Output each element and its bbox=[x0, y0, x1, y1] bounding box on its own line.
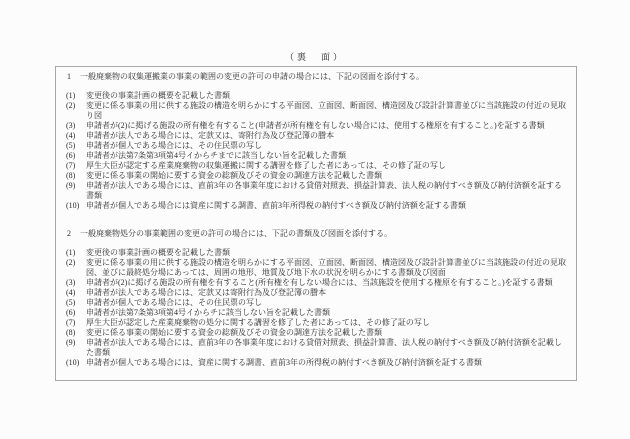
item-number: (1) bbox=[66, 248, 75, 258]
section-number: 1 bbox=[67, 72, 71, 81]
item-text: 変更後の事業計画の概要を記載した書類 bbox=[86, 91, 230, 100]
list-item: (4)申請者が法人である場合には、定款又は、寄附行為及び登記簿の謄本 bbox=[62, 131, 568, 141]
list-item: (3)申請者が(2)に掲げる施設の所有権を有すること(申請者が所有権を有しない場… bbox=[62, 121, 568, 131]
item-number: (3) bbox=[66, 278, 75, 288]
item-text: 申請者が個人である場合には資産に関する調書、直前3年所得税の納付すべき額及び納付… bbox=[86, 201, 466, 210]
item-number: (3) bbox=[66, 121, 75, 131]
item-text: 厚生大臣が認定する産業廃棄物の収集運搬に関する講習を修了した者にあっては、その修… bbox=[86, 161, 446, 170]
list-item: (6)申請者が法第7条第3項第4号イからチに該当しない旨を記載した書類 bbox=[62, 308, 568, 318]
item-number: (8) bbox=[66, 328, 75, 338]
item-text: 申請者が法第7条第3項第4号イからチまでに該当しない旨を記載した書類 bbox=[86, 151, 346, 160]
item-text: 変更に係る事業の開始に要する資金の総額及びその資金の調達方法を記載した書類 bbox=[86, 171, 382, 180]
item-text: 申請者が個人である場合には、その住民票の写し bbox=[86, 141, 262, 150]
list-item: (5)申請者が個人である場合には、その住民票の写し bbox=[62, 141, 568, 151]
section: 1一般廃棄物の収集運搬業の事業の範囲の変更の許可の申請の場合には、下記の図面を添… bbox=[62, 72, 568, 211]
item-number: (2) bbox=[66, 101, 75, 111]
item-text: 申請者が法第7条第3項第4号イからチに該当しない旨を記載した書類 bbox=[86, 308, 330, 317]
item-text: 申請者が個人である場合には、その住民票の写し bbox=[86, 298, 262, 307]
section-heading: 1一般廃棄物の収集運搬業の事業の範囲の変更の許可の申請の場合には、下記の図面を添… bbox=[62, 72, 568, 82]
item-number: (7) bbox=[66, 161, 75, 171]
item-text: 申請者が法人である場合には、直前3年の各事業年度における貸借対照表、損益計算表、… bbox=[86, 181, 562, 200]
section-heading-text: 一般廃棄物処分の事業範囲の変更の許可の場合には、下記の書類及び図面を添付する。 bbox=[80, 229, 392, 238]
list-item: (8)変更に係る事業の開始に要する資金の総額及びその資金の調達方法を記載した書類 bbox=[62, 328, 568, 338]
item-number: (6) bbox=[66, 151, 75, 161]
page-side-label: （裏 面） bbox=[0, 50, 630, 63]
list-item: (5)申請者が個人である場合には、その住民票の写し bbox=[62, 298, 568, 308]
item-number: (9) bbox=[66, 338, 75, 348]
section-items: (1)変更後の事業計画の概要を記載した書類 (2)変更に係る事業の用に供する施設… bbox=[62, 248, 568, 368]
item-number: (8) bbox=[66, 171, 75, 181]
list-item: (10)申請者が個人である場合には、資産に関する調書、直前3年の所得税の納付すべ… bbox=[62, 358, 568, 368]
item-text: 変更に係る事業の開始に要する資金の総額及びその資金の調達方法を記載した書類 bbox=[86, 328, 382, 337]
item-number: (4) bbox=[66, 131, 75, 141]
list-item: (9)申請者が法人である場合には、直前3年の各事業年度における貸借対照表、損益計… bbox=[62, 338, 568, 358]
list-item: (8)変更に係る事業の開始に要する資金の総額及びその資金の調達方法を記載した書類 bbox=[62, 171, 568, 181]
item-text: 申請者が個人である場合には、資産に関する調書、直前3年の所得税の納付すべき額及び… bbox=[86, 358, 482, 367]
item-text: 厚生大臣が認定した産業廃棄物の処分に関する講習を修了した者にあっては、その修了証… bbox=[86, 318, 430, 327]
item-number: (4) bbox=[66, 288, 75, 298]
section-heading-text: 一般廃棄物の収集運搬業の事業の範囲の変更の許可の申請の場合には、下記の図面を添付… bbox=[80, 72, 424, 81]
item-number: (5) bbox=[66, 298, 75, 308]
list-item: (1)変更後の事業計画の概要を記載した書類 bbox=[62, 248, 568, 258]
list-item: (7)厚生大臣が認定した産業廃棄物の処分に関する講習を修了した者にあっては、その… bbox=[62, 318, 568, 328]
item-number: (6) bbox=[66, 308, 75, 318]
item-text: 申請者が法人である場合には、直前3年の各事業年度における貸借対照表、損益計算書、… bbox=[86, 338, 562, 357]
item-number: (7) bbox=[66, 318, 75, 328]
list-item: (10)申請者が個人である場合には資産に関する調書、直前3年所得税の納付すべき額… bbox=[62, 201, 568, 211]
document-page: （裏 面） 1一般廃棄物の収集運搬業の事業の範囲の変更の許可の申請の場合には、下… bbox=[0, 0, 630, 439]
item-number: (10) bbox=[66, 201, 79, 211]
item-text: 変更後の事業計画の概要を記載した書類 bbox=[86, 248, 230, 257]
item-number: (10) bbox=[66, 358, 79, 368]
item-text: 変更に係る事業の用に供する施設の構造を明らかにする平面図、立面図、断面図、構造図… bbox=[86, 101, 566, 120]
item-text: 申請者が法人である場合には、定款又は、寄附行為及び登記簿の謄本 bbox=[86, 131, 334, 140]
item-text: 申請者が法人である場合には、定款又は寄附行為及び登記簿の謄本 bbox=[86, 288, 326, 297]
list-item: (7)厚生大臣が認定する産業廃棄物の収集運搬に関する講習を修了した者にあっては、… bbox=[62, 161, 568, 171]
item-text: 変更に係る事業の用に供する施設の構造を明らかにする平面図、立面図、断面図、構造図… bbox=[86, 258, 566, 277]
list-item: (2)変更に係る事業の用に供する施設の構造を明らかにする平面図、立面図、断面図、… bbox=[62, 101, 568, 121]
section-heading: 2一般廃棄物処分の事業範囲の変更の許可の場合には、下記の書類及び図面を添付する。 bbox=[62, 229, 568, 239]
list-item: (4)申請者が法人である場合には、定款又は寄附行為及び登記簿の謄本 bbox=[62, 288, 568, 298]
section-items: (1)変更後の事業計画の概要を記載した書類 (2)変更に係る事業の用に供する施設… bbox=[62, 91, 568, 211]
item-text: 申請者が(2)に掲げる施設の所有権を有すること(申請者が所有権を有しない場合には… bbox=[86, 121, 545, 130]
item-number: (1) bbox=[66, 91, 75, 101]
item-number: (2) bbox=[66, 258, 75, 268]
section-number: 2 bbox=[67, 229, 71, 238]
list-item: (2)変更に係る事業の用に供する施設の構造を明らかにする平面図、立面図、断面図、… bbox=[62, 258, 568, 278]
document-box: 1一般廃棄物の収集運搬業の事業の範囲の変更の許可の申請の場合には、下記の図面を添… bbox=[55, 66, 577, 381]
list-item: (6)申請者が法第7条第3項第4号イからチまでに該当しない旨を記載した書類 bbox=[62, 151, 568, 161]
list-item: (3)申請者が(2)に掲げる施設の所有権を有すること(所有権を有しない場合には、… bbox=[62, 278, 568, 288]
item-number: (9) bbox=[66, 181, 75, 191]
item-number: (5) bbox=[66, 141, 75, 151]
section: 2一般廃棄物処分の事業範囲の変更の許可の場合には、下記の書類及び図面を添付する。… bbox=[62, 229, 568, 368]
list-item: (1)変更後の事業計画の概要を記載した書類 bbox=[62, 91, 568, 101]
list-item: (9)申請者が法人である場合には、直前3年の各事業年度における貸借対照表、損益計… bbox=[62, 181, 568, 201]
item-text: 申請者が(2)に掲げる施設の所有権を有すること(所有権を有しない場合には、当該施… bbox=[86, 278, 553, 287]
